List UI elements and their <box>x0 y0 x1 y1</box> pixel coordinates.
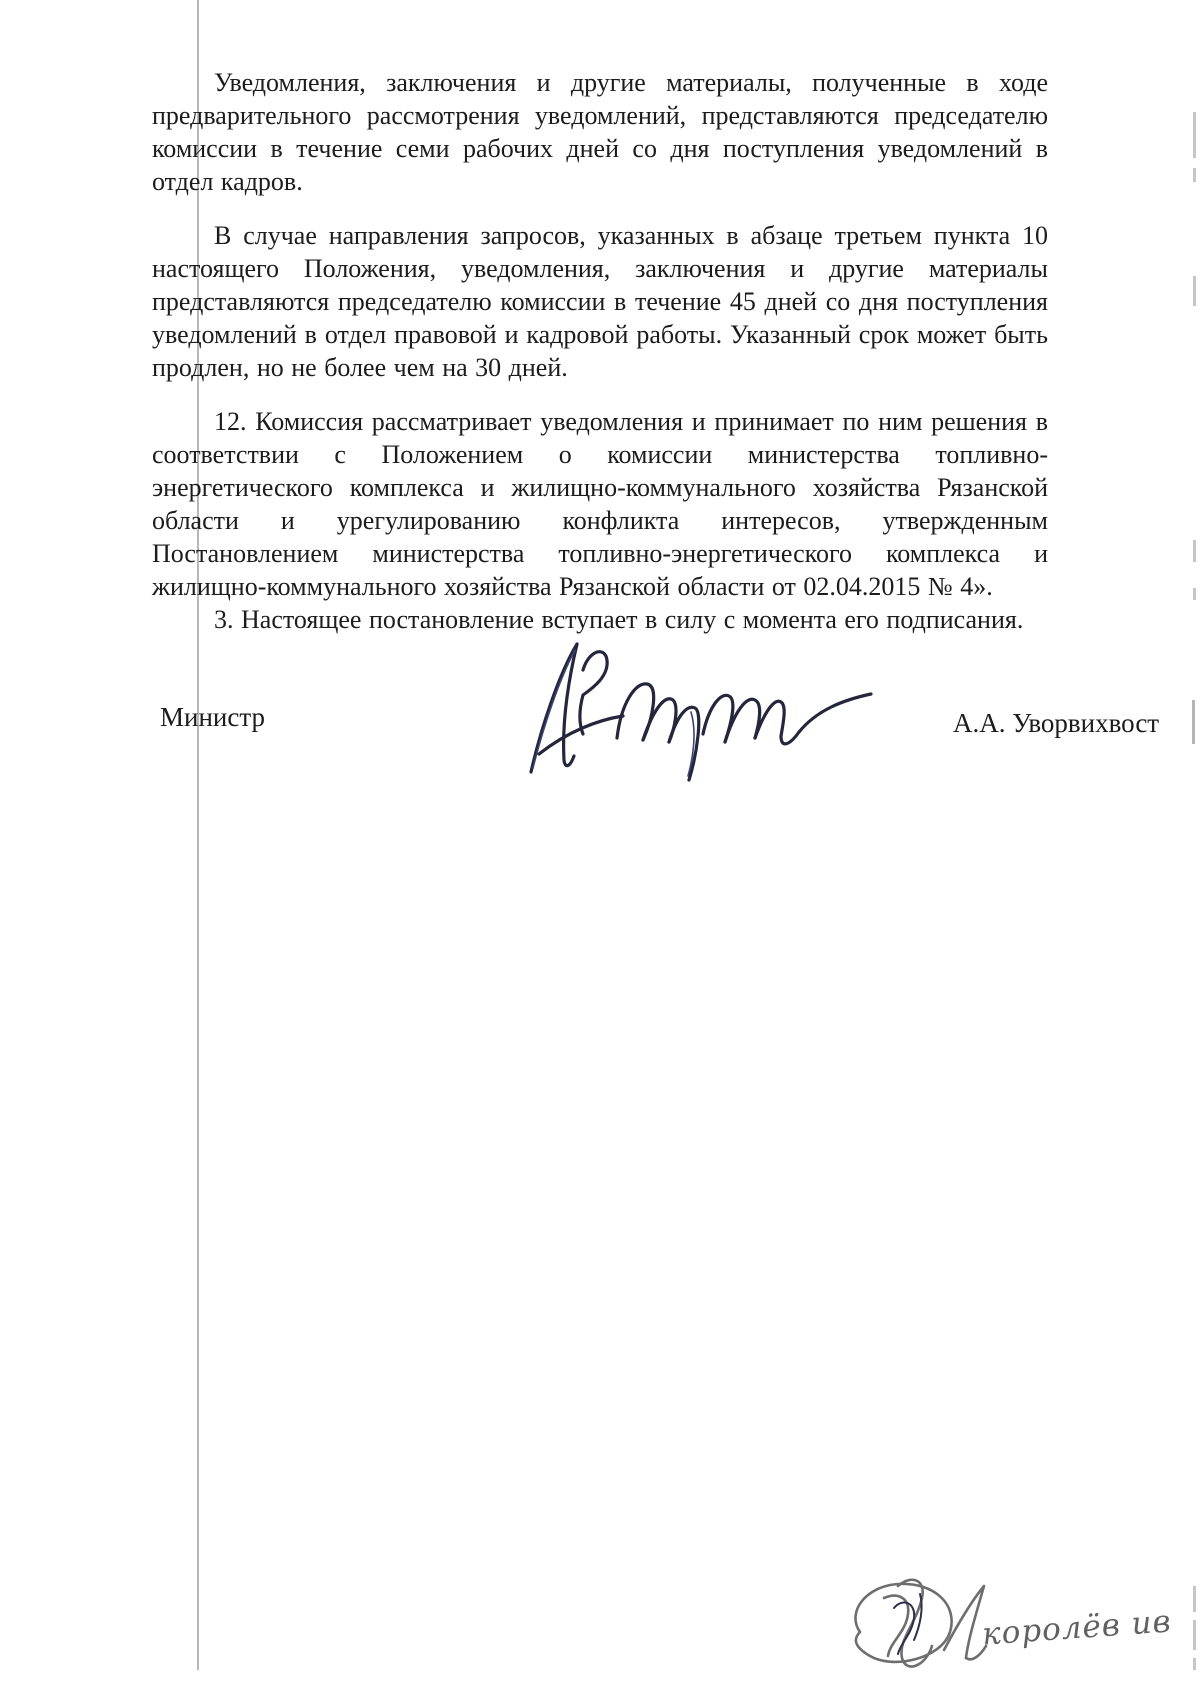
scan-edge-artifact <box>1193 1620 1196 1650</box>
scan-edge-artifact <box>1193 1658 1196 1670</box>
minister-name: А.А. Уворвихвост <box>953 708 1159 739</box>
scan-edge-artifact <box>1193 276 1196 306</box>
scan-edge-artifact <box>1193 112 1196 158</box>
clerk-annotation-text: королёв ив <box>981 1603 1173 1652</box>
scan-edge-artifact <box>1193 1586 1196 1612</box>
scanned-document-page: Уведомления, заключения и другие материа… <box>0 0 1200 1695</box>
minister-title: Министр <box>160 702 265 733</box>
paragraph-notifications-seven-days: Уведомления, заключения и другие материа… <box>152 66 1048 198</box>
footer-annotation: королёв ив <box>832 1568 1192 1690</box>
minister-signature-ink <box>525 632 875 782</box>
scan-edge-artifact <box>1192 700 1195 744</box>
clerk-signature-ink <box>832 1568 1002 1690</box>
scan-edge-artifact <box>1193 168 1196 182</box>
document-text-block: Уведомления, заключения и другие материа… <box>152 66 1048 636</box>
paragraph-requests-45-days: В случае направления запросов, указанных… <box>152 219 1048 384</box>
scan-edge-artifact <box>1193 588 1196 600</box>
scan-edge-artifact <box>1193 540 1196 562</box>
paragraph-item-12-commission: 12. Комиссия рассматривает уведомления и… <box>152 405 1048 603</box>
